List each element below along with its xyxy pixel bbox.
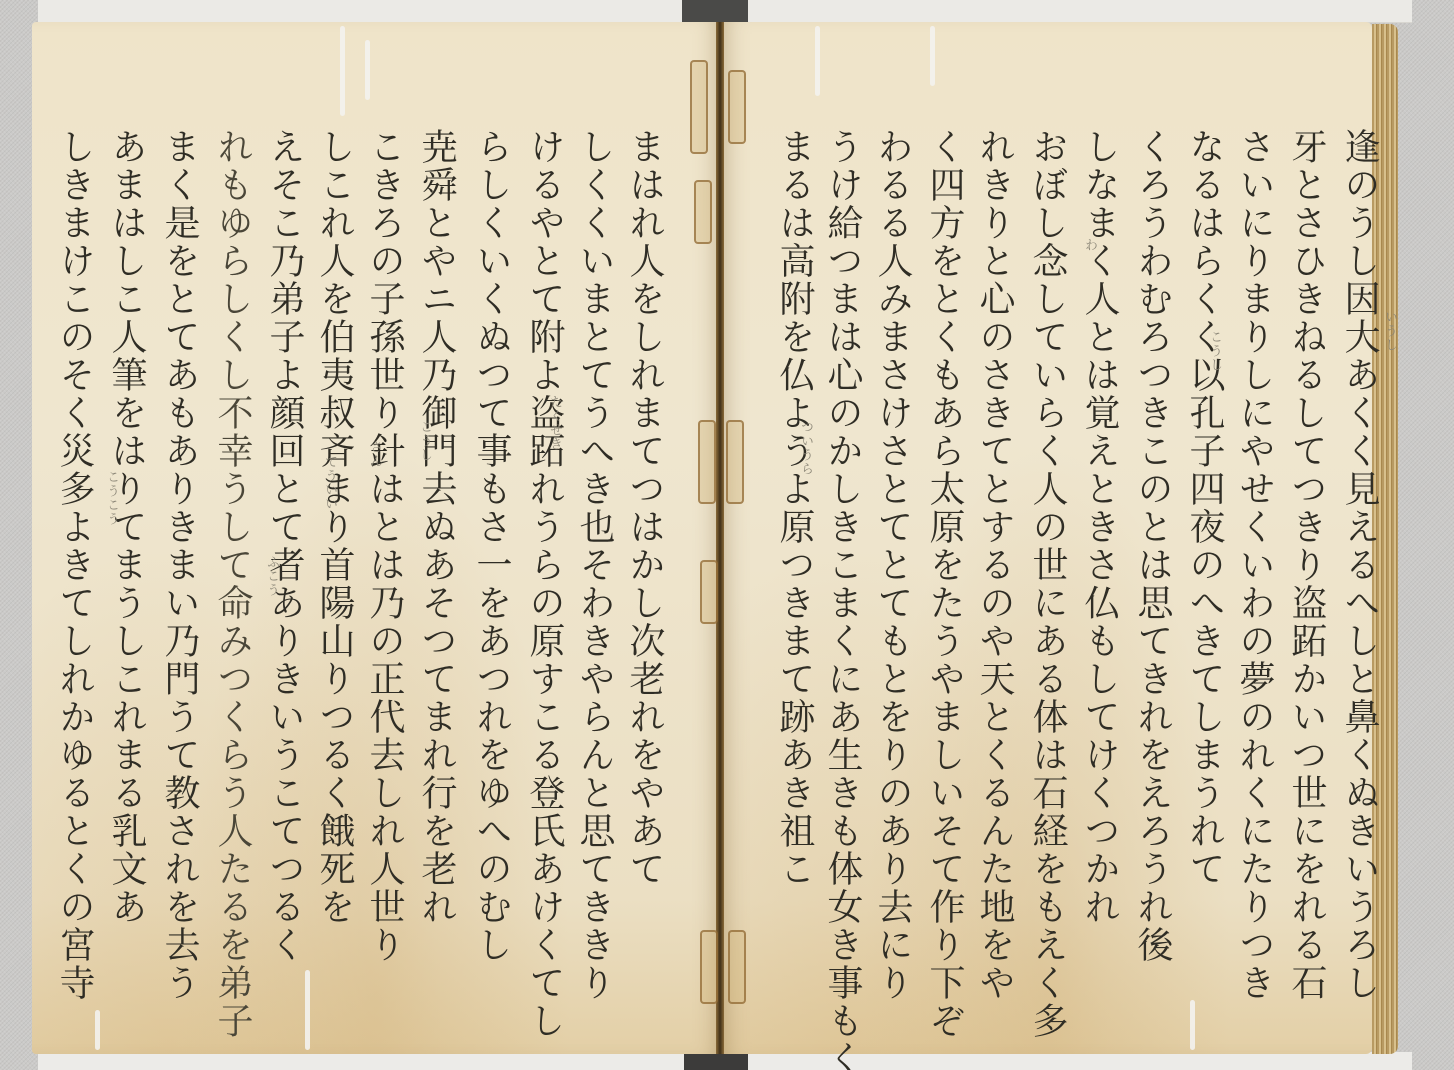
- furigana-gloss: いうし: [1380, 310, 1399, 352]
- furigana-gloss: てういい: [320, 455, 339, 511]
- binding-stain: [698, 420, 716, 504]
- worm-damage: [930, 26, 935, 86]
- text-column: れきりと心のさきてとするのや天とくるんた地をや: [972, 128, 1016, 1002]
- binding-stain: [694, 180, 712, 244]
- spine-clip-top: [682, 0, 748, 22]
- binding-stain: [700, 560, 718, 624]
- text-column: まく是をとてあもありきまい乃門うて教されを去う: [157, 128, 201, 1002]
- text-column: れもゆらしくし不幸うして命みつくらう人たるを弟子: [210, 128, 254, 1040]
- furigana-gloss: ついうら: [796, 420, 815, 476]
- text-column: 牙とさひきねるしてつきり盗跖かいつ世にをれる石: [1284, 128, 1328, 1002]
- text-column: えそこ乃弟子よ顔回とて者ありきいうこてつるく: [262, 128, 306, 964]
- binding-stain: [728, 70, 746, 144]
- furigana-gloss: こうこう: [102, 470, 121, 526]
- text-column: おぼし念していらく人の世にある体は石経をもえく多: [1025, 128, 1069, 1040]
- worm-damage: [305, 970, 310, 1050]
- furigana-gloss: こうし: [415, 420, 434, 462]
- furigana-gloss: ふこう: [262, 555, 281, 597]
- text-column: くろうわむろつきこのとは思てきれをえろうれ後: [1130, 128, 1174, 964]
- text-column: しこれ人を伯夷叔斉まり首陽山りつるく餓死を: [312, 128, 356, 926]
- furigana-gloss: たくせき: [545, 395, 564, 451]
- text-column: うけ給つまは心のかしきこまくにあ生きも体女き事もく: [820, 128, 864, 1070]
- worm-damage: [365, 40, 370, 100]
- worm-damage: [340, 26, 345, 116]
- text-column: まはれ人をしれまてつはかし次老れをやあて: [622, 128, 666, 888]
- text-column: 尭舜とやニ人乃御門去ぬあそつてまれ行を老れ: [414, 128, 458, 926]
- binding-stain: [700, 930, 718, 1004]
- text-column: く四方をとくもあら太原をたうやましいそて作り下ぞ: [922, 128, 966, 1040]
- furigana-gloss: わ: [1080, 238, 1099, 252]
- worm-damage: [1190, 1000, 1195, 1050]
- binding-stain: [728, 930, 746, 1004]
- text-column: さいにりまりしにやせくいわの夢のれくにたりつき: [1232, 128, 1276, 1002]
- center-binding: [716, 22, 724, 1054]
- furigana-gloss: さん: [365, 440, 384, 468]
- text-column: こきろの子孫世り針はとは乃の正代去しれ人世り: [362, 128, 406, 964]
- text-column: けるやとて附よ盗跖れうらの原すこる登氏あけくてし: [522, 128, 566, 1040]
- text-column: なるはらくく以孔子四夜のへきてしまうれて: [1182, 128, 1226, 888]
- furigana-gloss: こうし: [1205, 330, 1224, 372]
- text-column: まるは高附を仏ようよ原つきまて跡あき祖こ: [772, 128, 816, 888]
- worm-damage: [95, 1010, 100, 1050]
- text-column: しくくいまとてうへき也そわきやらんと思てききり: [572, 128, 616, 1002]
- text-column: しきまけこのそく災多よきてしれかゆるとくの宮寺: [52, 128, 96, 1002]
- text-column: 逢のうし因大あくく見えるへしと鼻くぬきいうろし: [1337, 128, 1381, 1002]
- binding-stain: [726, 420, 744, 504]
- text-column: あまはしこ人筆をはりてまうしこれまる乳文あ: [104, 128, 148, 926]
- text-column: わるる人みまさけさとてとてもとをりのあり去にり: [870, 128, 914, 1002]
- text-column: らしくいくぬつて事もさ一をあつれをゆへのむし: [469, 128, 513, 964]
- worm-damage: [815, 26, 820, 96]
- binding-stain: [690, 60, 708, 154]
